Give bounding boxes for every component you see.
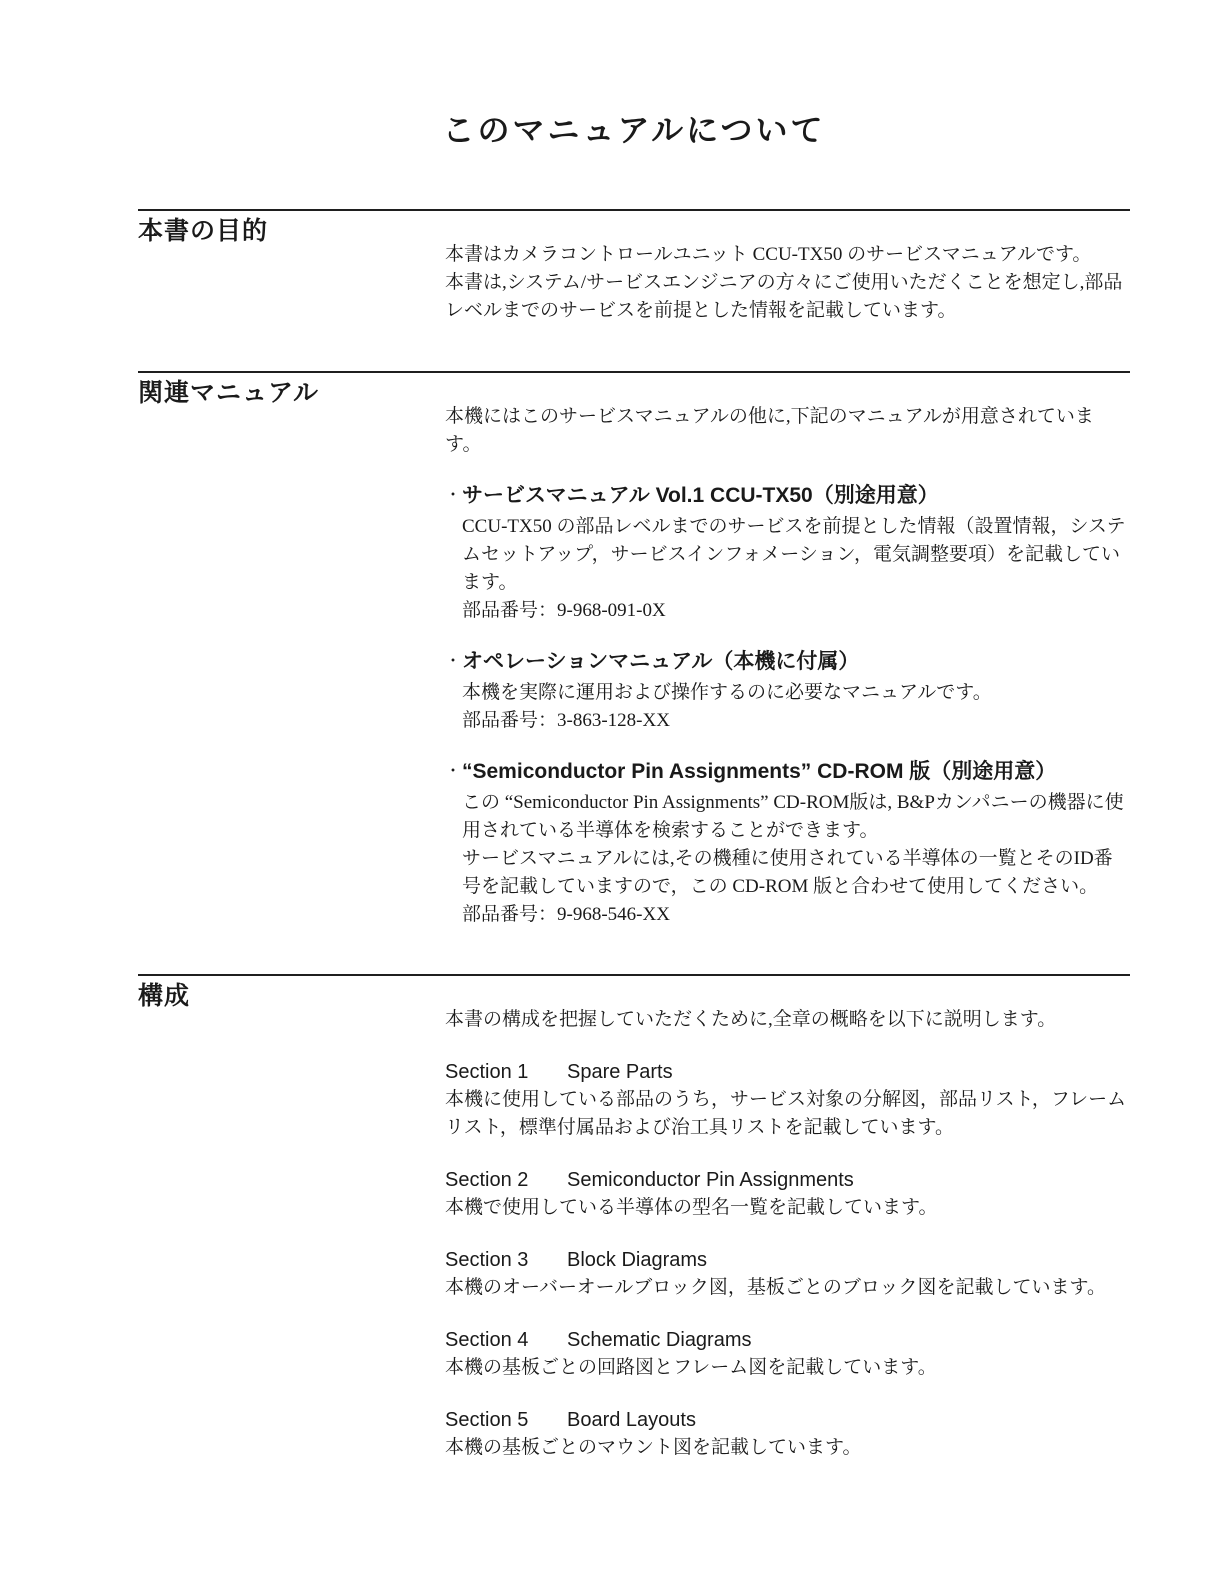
- bullet-icon: ・: [445, 481, 461, 511]
- manual-title: サービスマニュアル Vol.1 CCU-TX50（別途用意）: [462, 484, 939, 507]
- manual-title-row: ・サービスマニュアル Vol.1 CCU-TX50（別途用意）: [445, 481, 1130, 511]
- toc-section-number: Section 3: [445, 1246, 567, 1274]
- toc-section-title: Semiconductor Pin Assignments: [567, 1169, 854, 1191]
- purpose-paragraph: 本書は,システム/サービスエンジニアの方々にご使用いただくことを想定し,部品レベ…: [445, 269, 1130, 325]
- part-number: 部品番号：9-968-091-0X: [462, 597, 1130, 625]
- manual-body: CCU-TX50 の部品レベルまでのサービスを前提とした情報（設置情報，システム…: [445, 513, 1130, 625]
- toc-item: Section 3Block Diagrams 本機のオーバーオールブロック図，…: [445, 1246, 1130, 1302]
- toc-heading: Section 3Block Diagrams: [445, 1246, 1130, 1274]
- manual-title-row: ・オペレーションマニュアル（本機に付属）: [445, 647, 1130, 677]
- manual-item: ・オペレーションマニュアル（本機に付属） 本機を実際に運用および操作するのに必要…: [445, 647, 1130, 735]
- toc-heading: Section 2Semiconductor Pin Assignments: [445, 1166, 1130, 1194]
- manual-description: この “Semiconductor Pin Assignments” CD-RO…: [462, 789, 1130, 845]
- toc-heading: Section 5Board Layouts: [445, 1406, 1130, 1434]
- toc-item: Section 4Schematic Diagrams 本機の基板ごとの回路図と…: [445, 1326, 1130, 1382]
- section-purpose: 本書の目的 本書はカメラコントロールユニット CCU-TX50 のサービスマニュ…: [138, 209, 1130, 325]
- toc-section-title: Board Layouts: [567, 1409, 696, 1431]
- toc-description: 本機の基板ごとのマウント図を記載しています。: [445, 1434, 1130, 1462]
- manual-title-row: ・“Semiconductor Pin Assignments” CD-ROM …: [445, 757, 1130, 787]
- toc-item: Section 5Board Layouts 本機の基板ごとのマウント図を記載し…: [445, 1406, 1130, 1462]
- toc-section-number: Section 1: [445, 1058, 567, 1086]
- toc-section-title: Spare Parts: [567, 1061, 673, 1083]
- part-number: 部品番号：3-863-128-XX: [462, 707, 1130, 735]
- purpose-paragraph: 本書はカメラコントロールユニット CCU-TX50 のサービスマニュアルです。: [445, 241, 1130, 269]
- manual-title: “Semiconductor Pin Assignments” CD-ROM 版…: [462, 760, 1056, 783]
- manual-item: ・“Semiconductor Pin Assignments” CD-ROM …: [445, 757, 1130, 929]
- section-related-heading: 関連マニュアル: [138, 373, 445, 408]
- toc-section-number: Section 5: [445, 1406, 567, 1434]
- manual-description: 本機を実際に運用および操作するのに必要なマニュアルです。: [462, 679, 1130, 707]
- section-purpose-content: 本書はカメラコントロールユニット CCU-TX50 のサービスマニュアルです。 …: [445, 211, 1130, 325]
- section-purpose-heading: 本書の目的: [138, 211, 445, 246]
- toc-description: 本機のオーバーオールブロック図，基板ごとのブロック図を記載しています。: [445, 1274, 1130, 1302]
- section-related-content: 本機にはこのサービスマニュアルの他に,下記のマニュアルが用意されています。 ・サ…: [445, 373, 1130, 929]
- manual-body: この “Semiconductor Pin Assignments” CD-RO…: [445, 789, 1130, 929]
- page-title: このマニュアルについて: [138, 0, 1130, 150]
- manual-item: ・サービスマニュアル Vol.1 CCU-TX50（別途用意） CCU-TX50…: [445, 481, 1130, 625]
- toc-heading: Section 4Schematic Diagrams: [445, 1326, 1130, 1354]
- toc-description: 本機の基板ごとの回路図とフレーム図を記載しています。: [445, 1354, 1130, 1382]
- section-structure-content: 本書の構成を把握していただくために,全章の概略を以下に説明します。 Sectio…: [445, 976, 1130, 1462]
- toc-heading: Section 1Spare Parts: [445, 1058, 1130, 1086]
- toc-item: Section 1Spare Parts 本機に使用している部品のうち，サービス…: [445, 1058, 1130, 1142]
- section-structure: 構成 本書の構成を把握していただくために,全章の概略を以下に説明します。 Sec…: [138, 974, 1130, 1462]
- bullet-icon: ・: [445, 757, 461, 787]
- document-page: このマニュアルについて 本書の目的 本書はカメラコントロールユニット CCU-T…: [0, 0, 1218, 1588]
- manual-body: 本機を実際に運用および操作するのに必要なマニュアルです。 部品番号：3-863-…: [445, 679, 1130, 735]
- bullet-icon: ・: [445, 647, 461, 677]
- structure-intro: 本書の構成を把握していただくために,全章の概略を以下に説明します。: [445, 1006, 1130, 1034]
- toc-section-number: Section 4: [445, 1326, 567, 1354]
- toc-item: Section 2Semiconductor Pin Assignments 本…: [445, 1166, 1130, 1222]
- section-structure-heading: 構成: [138, 976, 445, 1011]
- section-related-manuals: 関連マニュアル 本機にはこのサービスマニュアルの他に,下記のマニュアルが用意され…: [138, 371, 1130, 929]
- toc-section-title: Schematic Diagrams: [567, 1329, 752, 1351]
- part-number: 部品番号：9-968-546-XX: [462, 901, 1130, 929]
- manual-description: CCU-TX50 の部品レベルまでのサービスを前提とした情報（設置情報，システム…: [462, 513, 1130, 597]
- toc-description: 本機に使用している部品のうち，サービス対象の分解図，部品リスト，フレームリスト，…: [445, 1086, 1130, 1142]
- toc-section-number: Section 2: [445, 1166, 567, 1194]
- toc-description: 本機で使用している半導体の型名一覧を記載しています。: [445, 1194, 1130, 1222]
- toc-section-title: Block Diagrams: [567, 1249, 707, 1271]
- related-intro: 本機にはこのサービスマニュアルの他に,下記のマニュアルが用意されています。: [445, 403, 1130, 459]
- manual-description: サービスマニュアルには,その機種に使用されている半導体の一覧とそのID番号を記載…: [462, 845, 1130, 901]
- manual-title: オペレーションマニュアル（本機に付属）: [462, 650, 859, 673]
